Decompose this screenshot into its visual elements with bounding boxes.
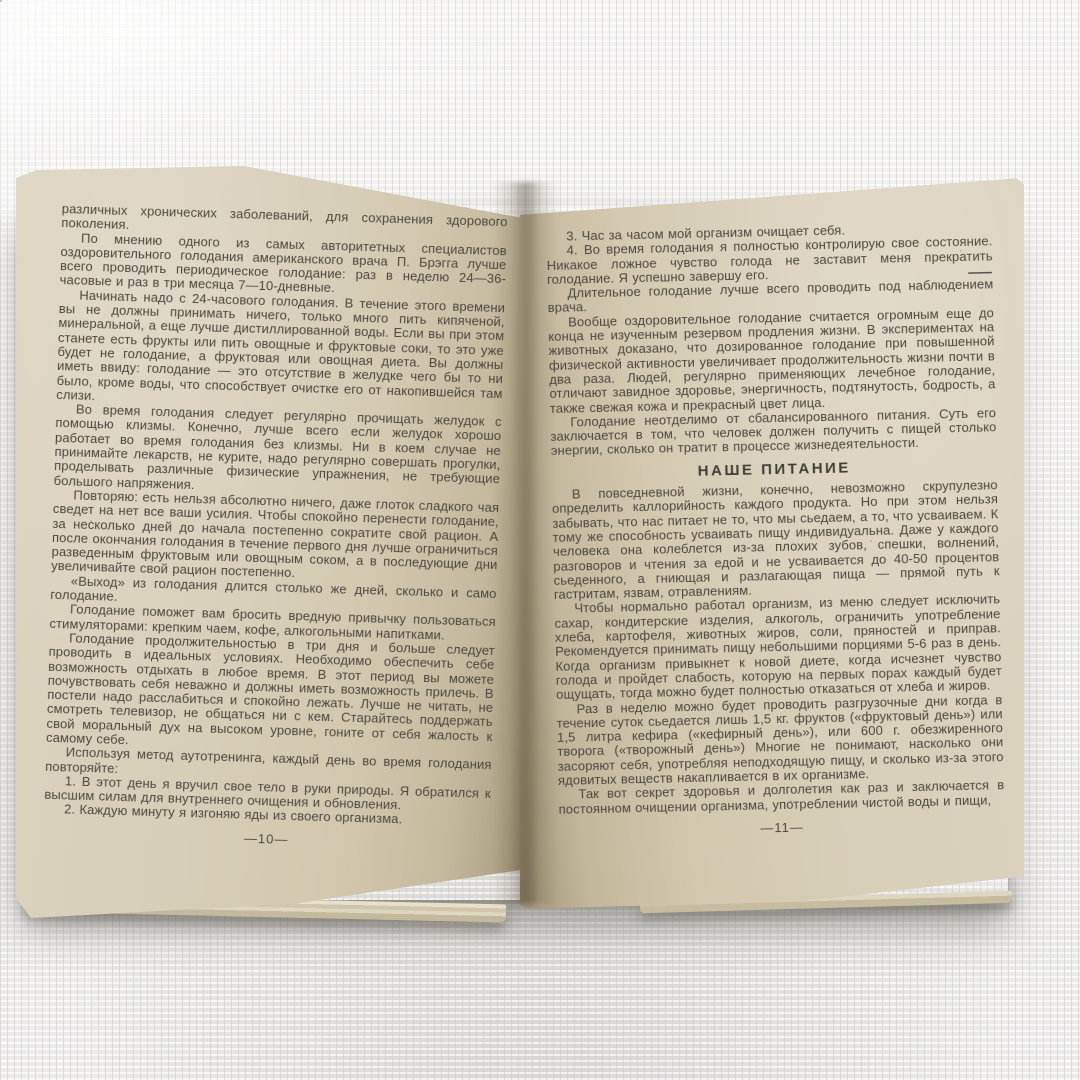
paragraph: В повседневной жизни, конечно, невозможн… xyxy=(552,478,1000,602)
paragraph: Голодание продолжительностью в три дня и… xyxy=(46,631,495,759)
paragraph: Повторяю: есть нельзя абсолютно ничего, … xyxy=(51,488,499,587)
right-page-text: — 3. Час за часом мой организм очищает с… xyxy=(546,220,1005,840)
left-page: различных хронических заболеваний, для с… xyxy=(16,166,522,918)
paragraph: Раз в неделю можно будет проводить разгр… xyxy=(556,693,1004,788)
stray-dash-mark: — xyxy=(968,264,992,279)
paragraph: Начинать надо с 24-часового голодания. В… xyxy=(56,288,505,416)
left-page-text: различных хронических заболеваний, для с… xyxy=(43,202,508,853)
paragraph: Вообще оздоровительное голодание считает… xyxy=(548,306,996,416)
paper-speckles xyxy=(0,0,2,2)
paragraph: Чтобы нормально работал организм, из мен… xyxy=(554,593,1002,703)
right-page: — 3. Час за часом мой организм очищает с… xyxy=(520,176,1024,910)
book-photo: различных хронических заболеваний, для с… xyxy=(0,0,1080,1080)
paragraph: Голодание неотделимо от сбалансированног… xyxy=(550,406,997,459)
paragraph: Во время голодания следует регулярно про… xyxy=(54,402,502,501)
right-page-number: —11— xyxy=(559,816,1005,840)
left-page-number: —10— xyxy=(43,825,489,853)
